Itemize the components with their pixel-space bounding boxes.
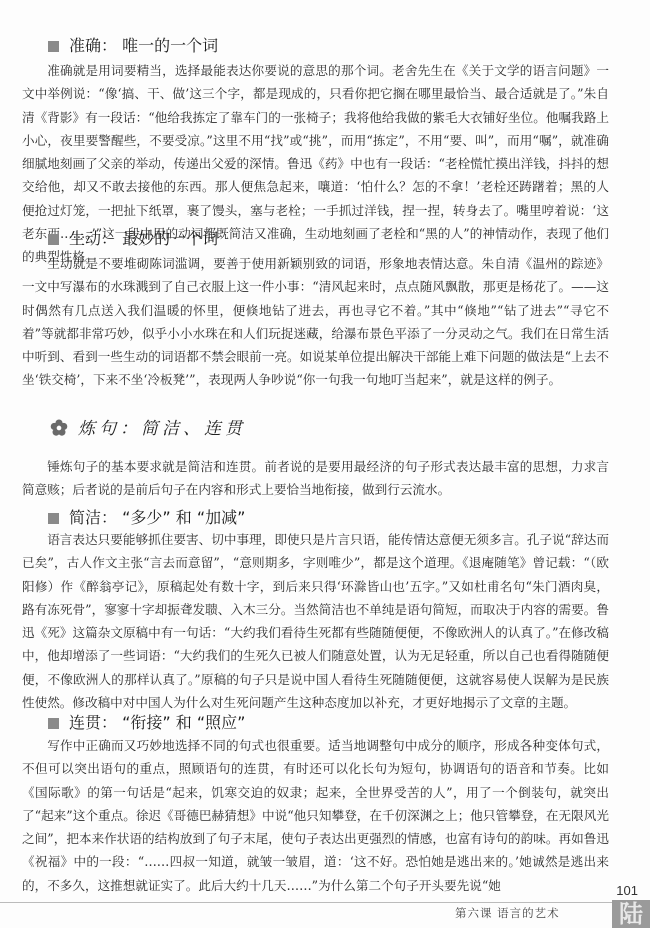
heading-text: 准确： 唯一的一个词 xyxy=(69,36,218,55)
heading-concise: 简洁： “多少” 和 “加减” xyxy=(48,507,245,529)
textbook-page: 准确： 唯一的一个词 准确就是用词要精当，选择最能表达你要说的意思的那个词。老舍… xyxy=(0,0,650,928)
paragraph-concise: 语言表达只要能够抓住要害、切中事理，即使只是片言只语，能传情达意便无须多言。孔子… xyxy=(22,528,609,714)
square-bullet-icon xyxy=(48,41,59,52)
page-number: 101 xyxy=(616,883,638,898)
lesson-title: 第六课 语言的艺术 xyxy=(455,905,560,921)
square-bullet-icon xyxy=(48,718,59,729)
flower-icon xyxy=(50,419,68,437)
paragraph-sentence-intro: 锤炼句子的基本要求就是简洁和连贯。前者说的是要用最经济的句子形式表达最丰富的思想… xyxy=(22,455,609,502)
paragraph-vividness: 生动就是不要堆砌陈词滥调，要善于使用新颖别致的词语，形象地表情达意。朱自清《温州… xyxy=(22,252,609,392)
heading-text: 炼句：简洁、连贯 xyxy=(78,419,246,439)
square-bullet-icon xyxy=(48,513,59,524)
heading-text: 连贯： “衔接” 和 “照应” xyxy=(69,713,245,732)
heading-sentence-refinement: 炼句：简洁、连贯 xyxy=(50,417,246,441)
heading-vividness: 生动： 最妙的一个词 xyxy=(48,228,218,250)
footer-divider xyxy=(0,902,650,903)
heading-text: 简洁： “多少” 和 “加减” xyxy=(69,508,245,527)
chapter-tab: 陆 xyxy=(612,900,650,928)
heading-coherent: 连贯： “衔接” 和 “照应” xyxy=(48,712,245,734)
paragraph-coherent: 写作中正确而又巧妙地选择不同的句式也很重要。适当地调整句中成分的顺序，形成各种变… xyxy=(22,734,609,897)
square-bullet-icon xyxy=(48,234,59,245)
heading-text: 生动： 最妙的一个词 xyxy=(69,229,218,248)
heading-accuracy: 准确： 唯一的一个词 xyxy=(48,35,218,57)
